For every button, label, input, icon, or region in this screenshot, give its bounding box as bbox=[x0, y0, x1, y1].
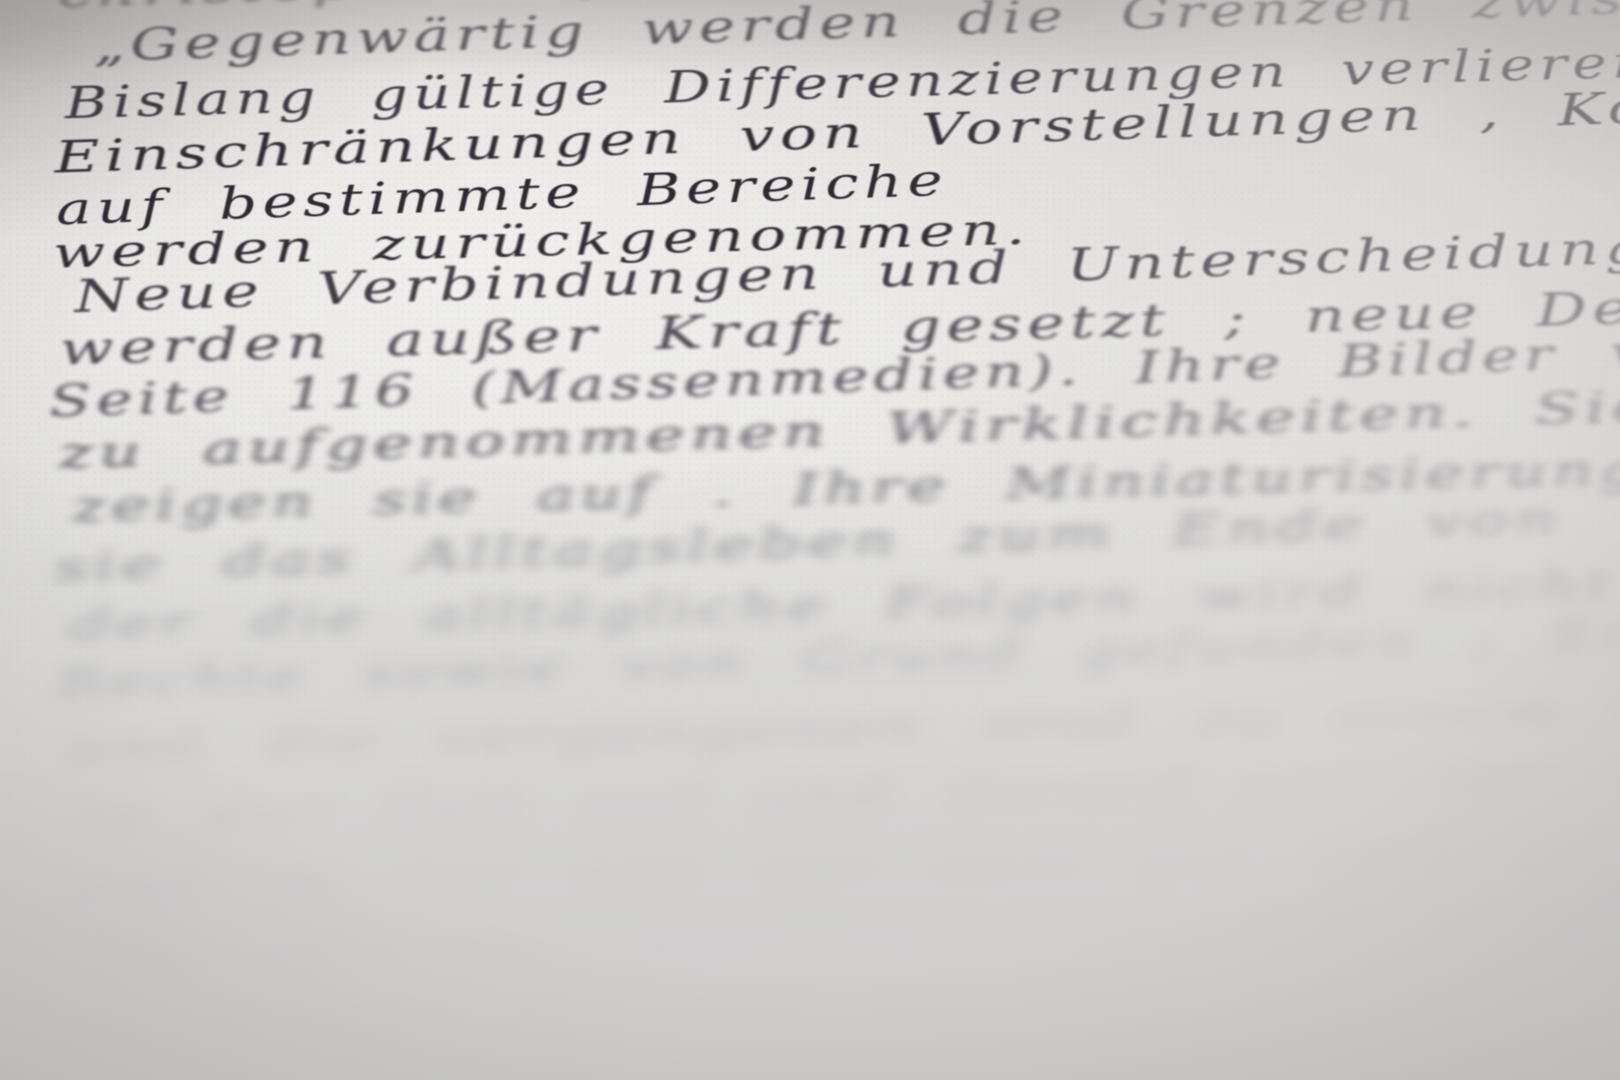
handwritten-line-blurred: in der Zeit auf und darauf und der sich bbox=[80, 744, 1620, 845]
handwritten-line-blurred: zeigen sie auf . Ihre Miniaturisierung bbox=[71, 444, 1620, 533]
handwriting-text-layer: christoph wulf und für sich zu einem s a… bbox=[0, 0, 1620, 1080]
handwritten-line-blurred: und die vergangenen sind zu einem und bbox=[66, 681, 1620, 773]
handwritten-line-blurred: sie das Alltagsleben zum Ende von bbox=[53, 493, 1564, 594]
handwritten-line-blurred: der die alltägliche Folgen wird nicht bbox=[69, 560, 1618, 652]
handwritten-line-blurred: die von der sich zu einer wie von dem bbox=[92, 877, 1620, 981]
handwritten-line: Einschränkungen von Vorstellungen , Konz bbox=[54, 80, 1620, 184]
handwritten-line: werden außer Kraft gesetzt ; neue Denko bbox=[59, 278, 1620, 376]
handwritten-line-blurred: Rechte sowie von Grund gefunden ; Eine M bbox=[56, 603, 1620, 710]
handwritten-line: werden zurückgenommen. bbox=[52, 205, 1031, 279]
handwritten-line-blurred: und sich die vor zu dem auf der und bbox=[106, 955, 1620, 1049]
handwritten-line-blurred: und in der wie vor sich auf und dem zu bbox=[72, 817, 1620, 913]
handwritten-line: auf bestimmte Bereiche bbox=[55, 155, 949, 236]
handwritten-line: „Gegenwärtig werden die Grenzen zwische bbox=[93, 0, 1620, 72]
handwritten-line: Neue Verbindungen und Unterscheidungen bbox=[74, 218, 1620, 323]
handwritten-line-top-cut: christoph wulf und für sich zu einem s a… bbox=[57, 0, 1620, 17]
handwritten-line: zu aufgenommenen Wirklichkeiten. Sie bbox=[58, 381, 1620, 479]
handwriting-photo: christoph wulf und für sich zu einem s a… bbox=[0, 0, 1620, 1080]
handwritten-line: Seite 116 (Massenmedien). Ihre Bilder ve bbox=[49, 325, 1620, 428]
handwritten-line: Bislang gültige Differenzierungen verlie… bbox=[64, 37, 1620, 130]
